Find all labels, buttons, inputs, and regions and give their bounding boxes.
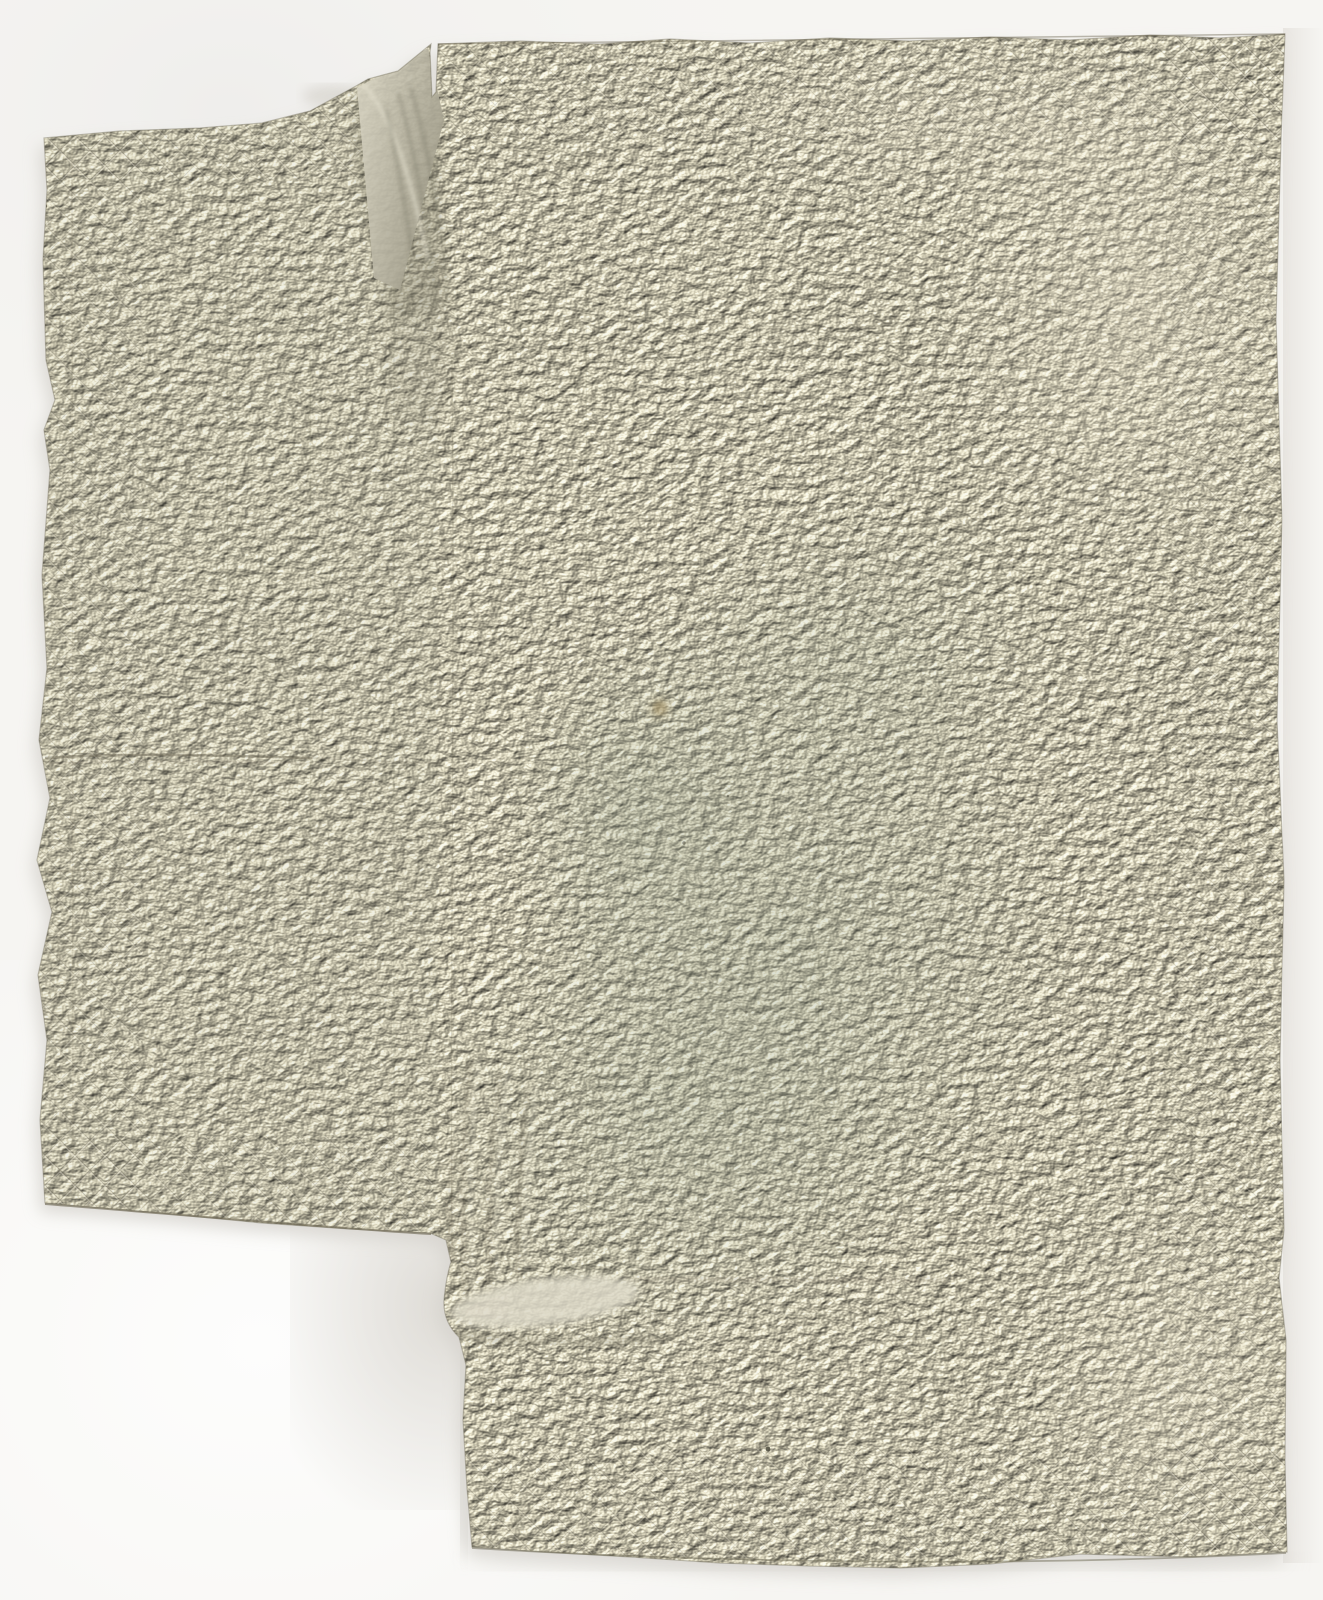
speck — [841, 851, 844, 854]
speck — [653, 350, 657, 354]
pinhole — [766, 1447, 771, 1452]
speck — [884, 1150, 887, 1153]
speck — [745, 1011, 748, 1014]
speck — [905, 955, 908, 958]
speck — [760, 1121, 763, 1124]
speck — [775, 690, 778, 693]
speck — [628, 985, 631, 988]
fold-fade-shadow — [386, 270, 454, 430]
crease-soft-shadow — [45, 761, 312, 764]
speck — [699, 720, 703, 724]
speck — [799, 1180, 802, 1183]
backdrop-right-shade — [1283, 28, 1323, 1563]
speck — [682, 841, 685, 844]
speck — [647, 761, 650, 764]
brown-stain — [653, 701, 667, 715]
speck — [727, 795, 730, 798]
photo-stage: Antique ivory whole-cloth quilted textil… — [0, 0, 1323, 1600]
speck — [655, 905, 658, 908]
speck — [838, 1243, 841, 1246]
quilt-photograph: Antique ivory whole-cloth quilted textil… — [0, 0, 1323, 1600]
speck — [610, 740, 613, 743]
speck — [689, 1064, 693, 1068]
stains — [648, 696, 672, 720]
speck — [711, 947, 714, 950]
speck — [584, 1120, 587, 1123]
speck — [870, 1035, 873, 1038]
speck — [815, 761, 818, 764]
